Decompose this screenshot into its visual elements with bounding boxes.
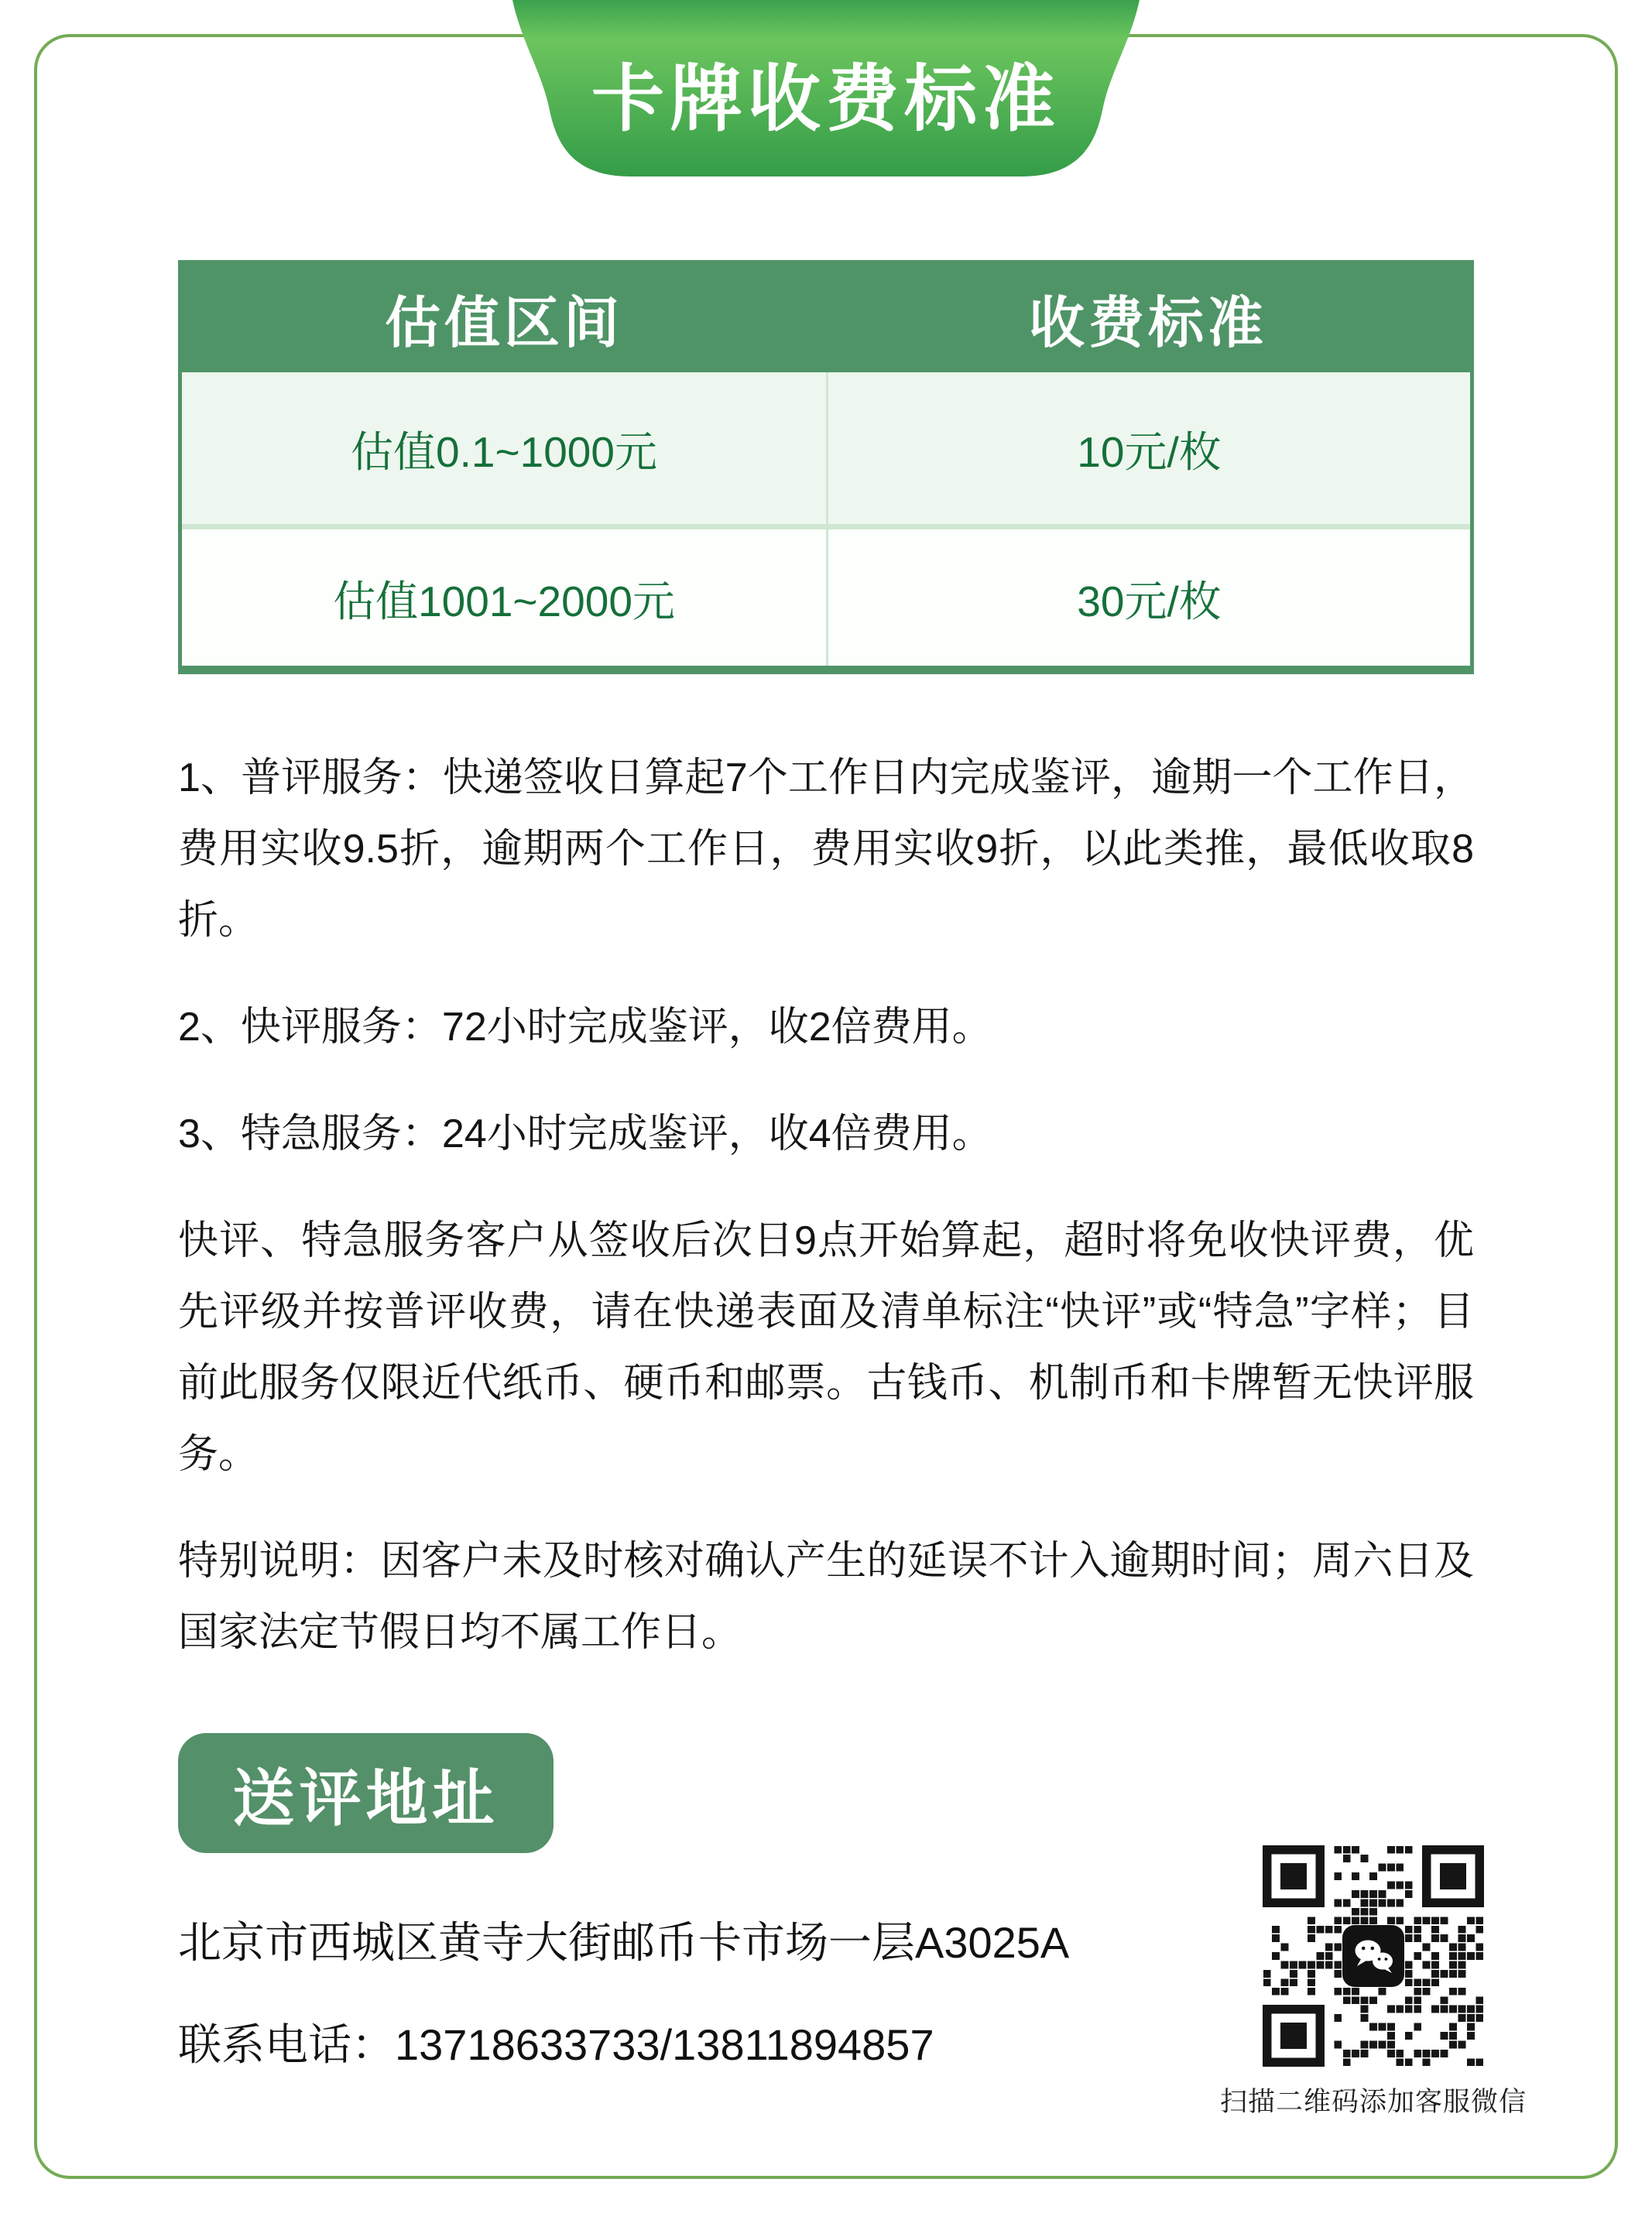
title-banner: 卡牌收费标准 bbox=[512, 0, 1140, 176]
note-fast-express-rules: 快评、特急服务客户从签收后次日9点开始算起，超时将免收快评费，优先评级并按普评收… bbox=[178, 1205, 1474, 1490]
note-express-service: 3、特急服务：24小时完成鉴评，收4倍费用。 bbox=[178, 1098, 1474, 1170]
content-column: 估值区间 收费标准 估值0.1~1000元 10元/枚 估值1001~2000元… bbox=[178, 0, 1474, 2073]
fee-table-header-range: 估值区间 bbox=[182, 264, 826, 372]
note-standard-service: 1、普评服务：快递签收日算起7个工作日内完成鉴评，逾期一个工作日，费用实收9.5… bbox=[178, 742, 1474, 956]
note-special-remark: 特别说明：因客户未及时核对确认产生的延误不计入逾期时间；周六日及国家法定节假日均… bbox=[178, 1526, 1474, 1668]
qr-code bbox=[1260, 1845, 1486, 2067]
service-notes: 1、普评服务：快递签收日算起7个工作日内完成鉴评，逾期一个工作日，费用实收9.5… bbox=[178, 742, 1474, 1668]
qr-caption: 扫描二维码添加客服微信 bbox=[1220, 2081, 1527, 2119]
fee-table-cell-range-2: 估值1001~2000元 bbox=[182, 529, 826, 666]
fee-table-header-fee: 收费标准 bbox=[826, 264, 1470, 372]
page-title: 卡牌收费标准 bbox=[512, 40, 1140, 145]
poster-page: 卡牌收费标准 估值区间 收费标准 估值0.1~1000元 10元/枚 估值100… bbox=[0, 0, 1652, 2213]
fee-table-cell-range-1: 估值0.1~1000元 bbox=[182, 372, 826, 529]
fee-table: 估值区间 收费标准 估值0.1~1000元 10元/枚 估值1001~2000元… bbox=[178, 260, 1474, 674]
wechat-qr-block: 扫描二维码添加客服微信 bbox=[1260, 1845, 1486, 2119]
fee-table-cell-fee-1: 10元/枚 bbox=[826, 372, 1470, 529]
fee-table-cell-fee-2: 30元/枚 bbox=[826, 529, 1470, 666]
note-fast-service: 2、快评服务：72小时完成鉴评，收2倍费用。 bbox=[178, 992, 1474, 1063]
wechat-icon bbox=[1342, 1925, 1404, 1987]
submission-address-button[interactable]: 送评地址 bbox=[178, 1733, 554, 1853]
